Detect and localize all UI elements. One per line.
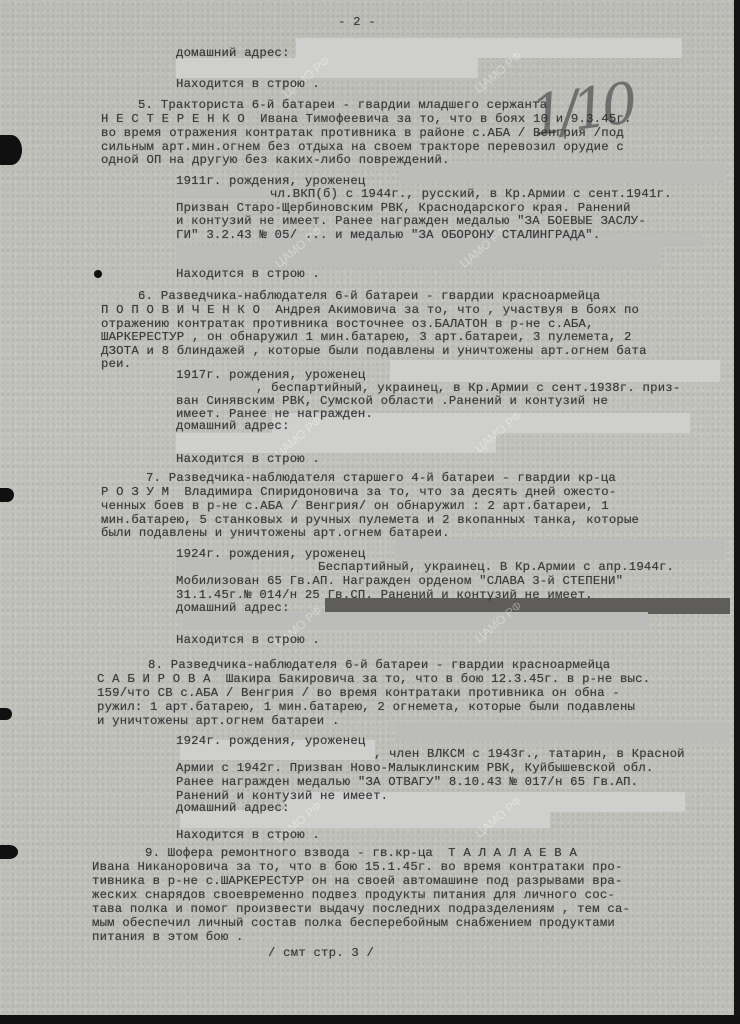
entry-heading: 5. Тракториста 6-й батареи - гвардии мла…: [138, 99, 547, 112]
text-line: чл.ВКП(б) с 1944г., русский, в Кр.Армии …: [270, 188, 672, 201]
entry-heading: 8. Разведчика-наблюдателя 6-й батареи - …: [148, 659, 610, 672]
status-line: Находится в строю .: [176, 78, 320, 91]
text-line: , член ВЛКСМ с 1943г., татарин, в Красно…: [374, 748, 685, 761]
text-line: домашний адрес:: [176, 802, 290, 815]
text-line: ГИ" 3.2.43 № 05/ ... и медалью "ЗА ОБОРО…: [176, 229, 600, 242]
typed-text: - 2 - домашний адрес: Находится в строю …: [0, 0, 15, 952]
text-line: 1924г. рождения, уроженец: [176, 735, 365, 748]
text-line: Армии с 1942г. Призван Ново-Малыклинским…: [176, 762, 654, 775]
text-line: С А Б И Р О В А Шакира Бакировича за то,…: [97, 673, 650, 686]
status-line: Находится в строю .: [176, 453, 320, 466]
text-line: мым обеспечил личный состав полка беспер…: [92, 917, 615, 930]
text-line: домашний адрес:: [176, 602, 290, 615]
text-line: Ивана Никаноровича за то, что в бою 15.1…: [92, 861, 623, 874]
punch-hole: [94, 270, 102, 278]
text-line: Р О З У М Владимира Спиридоновича за то,…: [101, 486, 616, 499]
text-line: 159/что СВ с.АБА / Венгрия / во время ко…: [97, 687, 620, 700]
text-line: ружил: 1 арт.батарею, 1 мин.батарею, 2 о…: [97, 701, 635, 714]
redaction-box: [176, 245, 661, 267]
status-line: Находится в строю .: [176, 634, 320, 647]
redaction-box: [296, 38, 682, 58]
text-line: домашний адрес:: [176, 420, 290, 433]
redaction-box: [390, 360, 720, 382]
text-line: тивника в р-не с.ШАРКЕРЕСТУР он на своей…: [92, 875, 623, 888]
page-number: - 2 -: [338, 16, 376, 29]
text-line: Беспартийный, украинец. В Кр.Армии с апр…: [318, 561, 674, 574]
text-line: и уничтожены арт.огнем батареи .: [97, 715, 340, 728]
text-line: Ранее награжден медалью "ЗА ОТВАГУ" 8.10…: [176, 776, 638, 789]
text-line: были подавлены и уничтожены арт.огнем ба…: [101, 527, 450, 540]
text-line: питания в этом бою .: [92, 931, 244, 944]
text-line: Мобилизован 65 Гв.АП. Награжден орденом …: [176, 575, 623, 588]
redaction-box: [395, 722, 730, 742]
status-line: Находится в строю .: [176, 829, 320, 842]
text-line: реи.: [101, 358, 131, 371]
entry-heading: 7. Разведчика-наблюдателя старшего 4-й б…: [146, 472, 616, 485]
redaction-box: [176, 433, 496, 453]
text-line: домашний адрес:: [176, 47, 290, 60]
text-line: и контузий не имеет. Ранее награжден мед…: [176, 215, 646, 228]
scan-border-bottom: [0, 1015, 740, 1024]
text-line: П О П О В И Ч Е Н К О Андрея Акимовича з…: [101, 304, 639, 317]
redaction-box: [395, 540, 725, 560]
scan-border-right: [734, 0, 740, 1024]
status-line: Находится в строю .: [176, 268, 320, 281]
text-line: одной ОП на другую без каких-либо повреж…: [101, 154, 450, 167]
text-line: тава полка и помог произвести выдачу пос…: [92, 903, 630, 916]
text-line: ШАРКЕРЕСТУР , он обнаружил 1 мин.батарею…: [101, 331, 632, 344]
text-line: ДЗОТА и 8 блиндажей , которые были подав…: [101, 345, 647, 358]
entry-heading: 9. Шофера ремонтного взвода - гв.кр-ца Т…: [145, 847, 577, 860]
entry-heading: 6. Разведчика-наблюдателя 6-й батареи - …: [138, 290, 600, 303]
text-line: жеских снарядов своевременно подвез прод…: [92, 889, 615, 902]
page-footer: / смт стр. 3 /: [268, 947, 374, 960]
text-line: ченных боев в р-не с.АБА / Венгрия/ он о…: [101, 500, 609, 513]
